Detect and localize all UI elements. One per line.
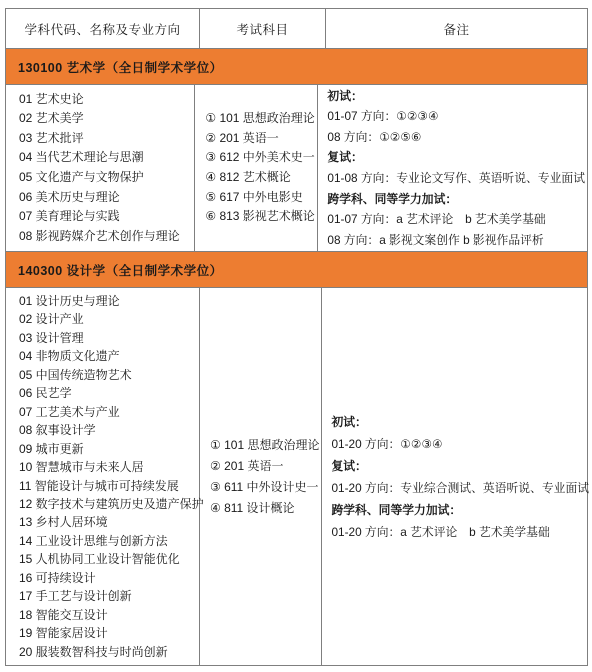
section-band: 140300 设计学（全日制学术学位） [6,251,587,288]
remark-line: 08 方向：①②⑤⑥ [327,127,585,148]
direction-item: 13 乡村人居环境 [19,513,197,531]
exam-subject-item: ① 101 思想政治理论 [205,109,315,129]
direction-item: 05 中国传统造物艺术 [19,366,197,384]
remark-line: 初试： [327,86,585,107]
direction-item: 16 可持续设计 [19,569,197,587]
direction-item: 20 服装数智科技与时尚创新 [19,643,197,661]
direction-item: 03 艺术批评 [19,129,192,149]
section-content-row: 01 设计历史与理论02 设计产业03 设计管理04 非物质文化遗产05 中国传… [6,288,587,665]
direction-item: 08 影视跨媒介艺术创作与理论 [19,227,192,247]
header-exam-subjects: 考试科目 [200,9,326,48]
direction-item: 09 城市更新 [19,440,197,458]
exam-subject-item: ② 201 英语一 [205,129,315,149]
direction-item: 06 民艺学 [19,384,197,402]
direction-item: 10 智慧城市与未来人居 [19,458,197,476]
direction-item: 17 手工艺与设计创新 [19,587,197,605]
exam-subject-item: ① 101 思想政治理论 [210,435,319,456]
direction-item: 18 智能交互设计 [19,606,197,624]
direction-item: 05 文化遗产与文物保护 [19,168,192,188]
direction-item: 07 美育理论与实践 [19,207,192,227]
table-header-row: 学科代码、名称及专业方向 考试科目 备注 [6,9,587,48]
direction-item: 14 工业设计思维与创新方法 [19,532,197,550]
directions-cell: 01 设计历史与理论02 设计产业03 设计管理04 非物质文化遗产05 中国传… [6,288,200,665]
direction-item: 08 叙事设计学 [19,421,197,439]
exam-subject-item: ④ 812 艺术概论 [205,168,315,188]
remark-line: 01-07 方向：a 艺术评论 b 艺术美学基础 [327,209,585,230]
remark-line: 01-20 方向：a 艺术评论 b 艺术美学基础 [331,521,589,543]
section-band: 130100 艺术学（全日制学术学位） [6,48,587,85]
exam-subject-item: ③ 611 中外设计史一 [210,477,319,498]
remark-line: 复试： [327,147,585,168]
remark-line: 08 方向：a 影视文案创作 b 影视作品评析 [327,230,585,251]
remark-line: 01-20 方向：①②③④ [331,433,589,455]
exam-subjects-cell: ① 101 思想政治理论② 201 英语一③ 611 中外设计史一④ 811 设… [200,288,322,665]
direction-item: 04 当代艺术理论与思潮 [19,148,192,168]
exam-subject-item: ③ 612 中外美术史一 [205,148,315,168]
table-body: 130100 艺术学（全日制学术学位） 01 艺术史论02 艺术美学03 艺术批… [6,48,587,665]
direction-item: 03 设计管理 [19,329,197,347]
exam-subject-item: ⑥ 813 影视艺术概论 [205,207,315,227]
directions-cell: 01 艺术史论02 艺术美学03 艺术批评04 当代艺术理论与思潮05 文化遗产… [6,85,195,251]
direction-item: 06 美术历史与理论 [19,188,192,208]
direction-item: 02 艺术美学 [19,109,192,129]
program-admissions-table: 学科代码、名称及专业方向 考试科目 备注 130100 艺术学（全日制学术学位）… [5,8,588,666]
exam-subject-item: ④ 811 设计概论 [210,498,319,519]
remark-line: 跨学科、同等学力加试： [327,189,585,210]
program-section: 140300 设计学（全日制学术学位） 01 设计历史与理论02 设计产业03 … [6,251,587,665]
direction-item: 12 数字技术与建筑历史及遗产保护 [19,495,197,513]
exam-subjects-cell: ① 101 思想政治理论② 201 英语一③ 612 中外美术史一④ 812 艺… [195,85,318,251]
direction-item: 11 智能设计与城市可持续发展 [19,477,197,495]
remark-line: 复试： [331,455,589,477]
direction-item: 01 设计历史与理论 [19,292,197,310]
remark-line: 01-07 方向：①②③④ [327,106,585,127]
header-subject-code-name-direction: 学科代码、名称及专业方向 [6,9,200,48]
remark-line: 01-08 方向：专业论文写作、英语听说、专业面试 [327,168,585,189]
direction-item: 19 智能家居设计 [19,624,197,642]
remarks-cell: 初试：01-20 方向：①②③④复试：01-20 方向：专业综合测试、英语听说、… [322,288,591,665]
direction-item: 04 非物质文化遗产 [19,347,197,365]
remarks-cell: 初试：01-07 方向：①②③④08 方向：①②⑤⑥复试：01-08 方向：专业… [318,85,587,251]
direction-item: 07 工艺美术与产业 [19,403,197,421]
direction-item: 15 人机协同工业设计智能优化 [19,550,197,568]
exam-subject-item: ⑤ 617 中外电影史 [205,188,315,208]
direction-item: 02 设计产业 [19,310,197,328]
section-content-row: 01 艺术史论02 艺术美学03 艺术批评04 当代艺术理论与思潮05 文化遗产… [6,85,587,251]
remark-line: 初试： [331,411,589,433]
direction-item: 01 艺术史论 [19,90,192,110]
remark-line: 01-20 方向：专业综合测试、英语听说、专业面试 [331,477,589,499]
program-section: 130100 艺术学（全日制学术学位） 01 艺术史论02 艺术美学03 艺术批… [6,48,587,251]
exam-subject-item: ② 201 英语一 [210,456,319,477]
header-remarks: 备注 [326,9,587,48]
remark-line: 跨学科、同等学力加试： [331,499,589,521]
